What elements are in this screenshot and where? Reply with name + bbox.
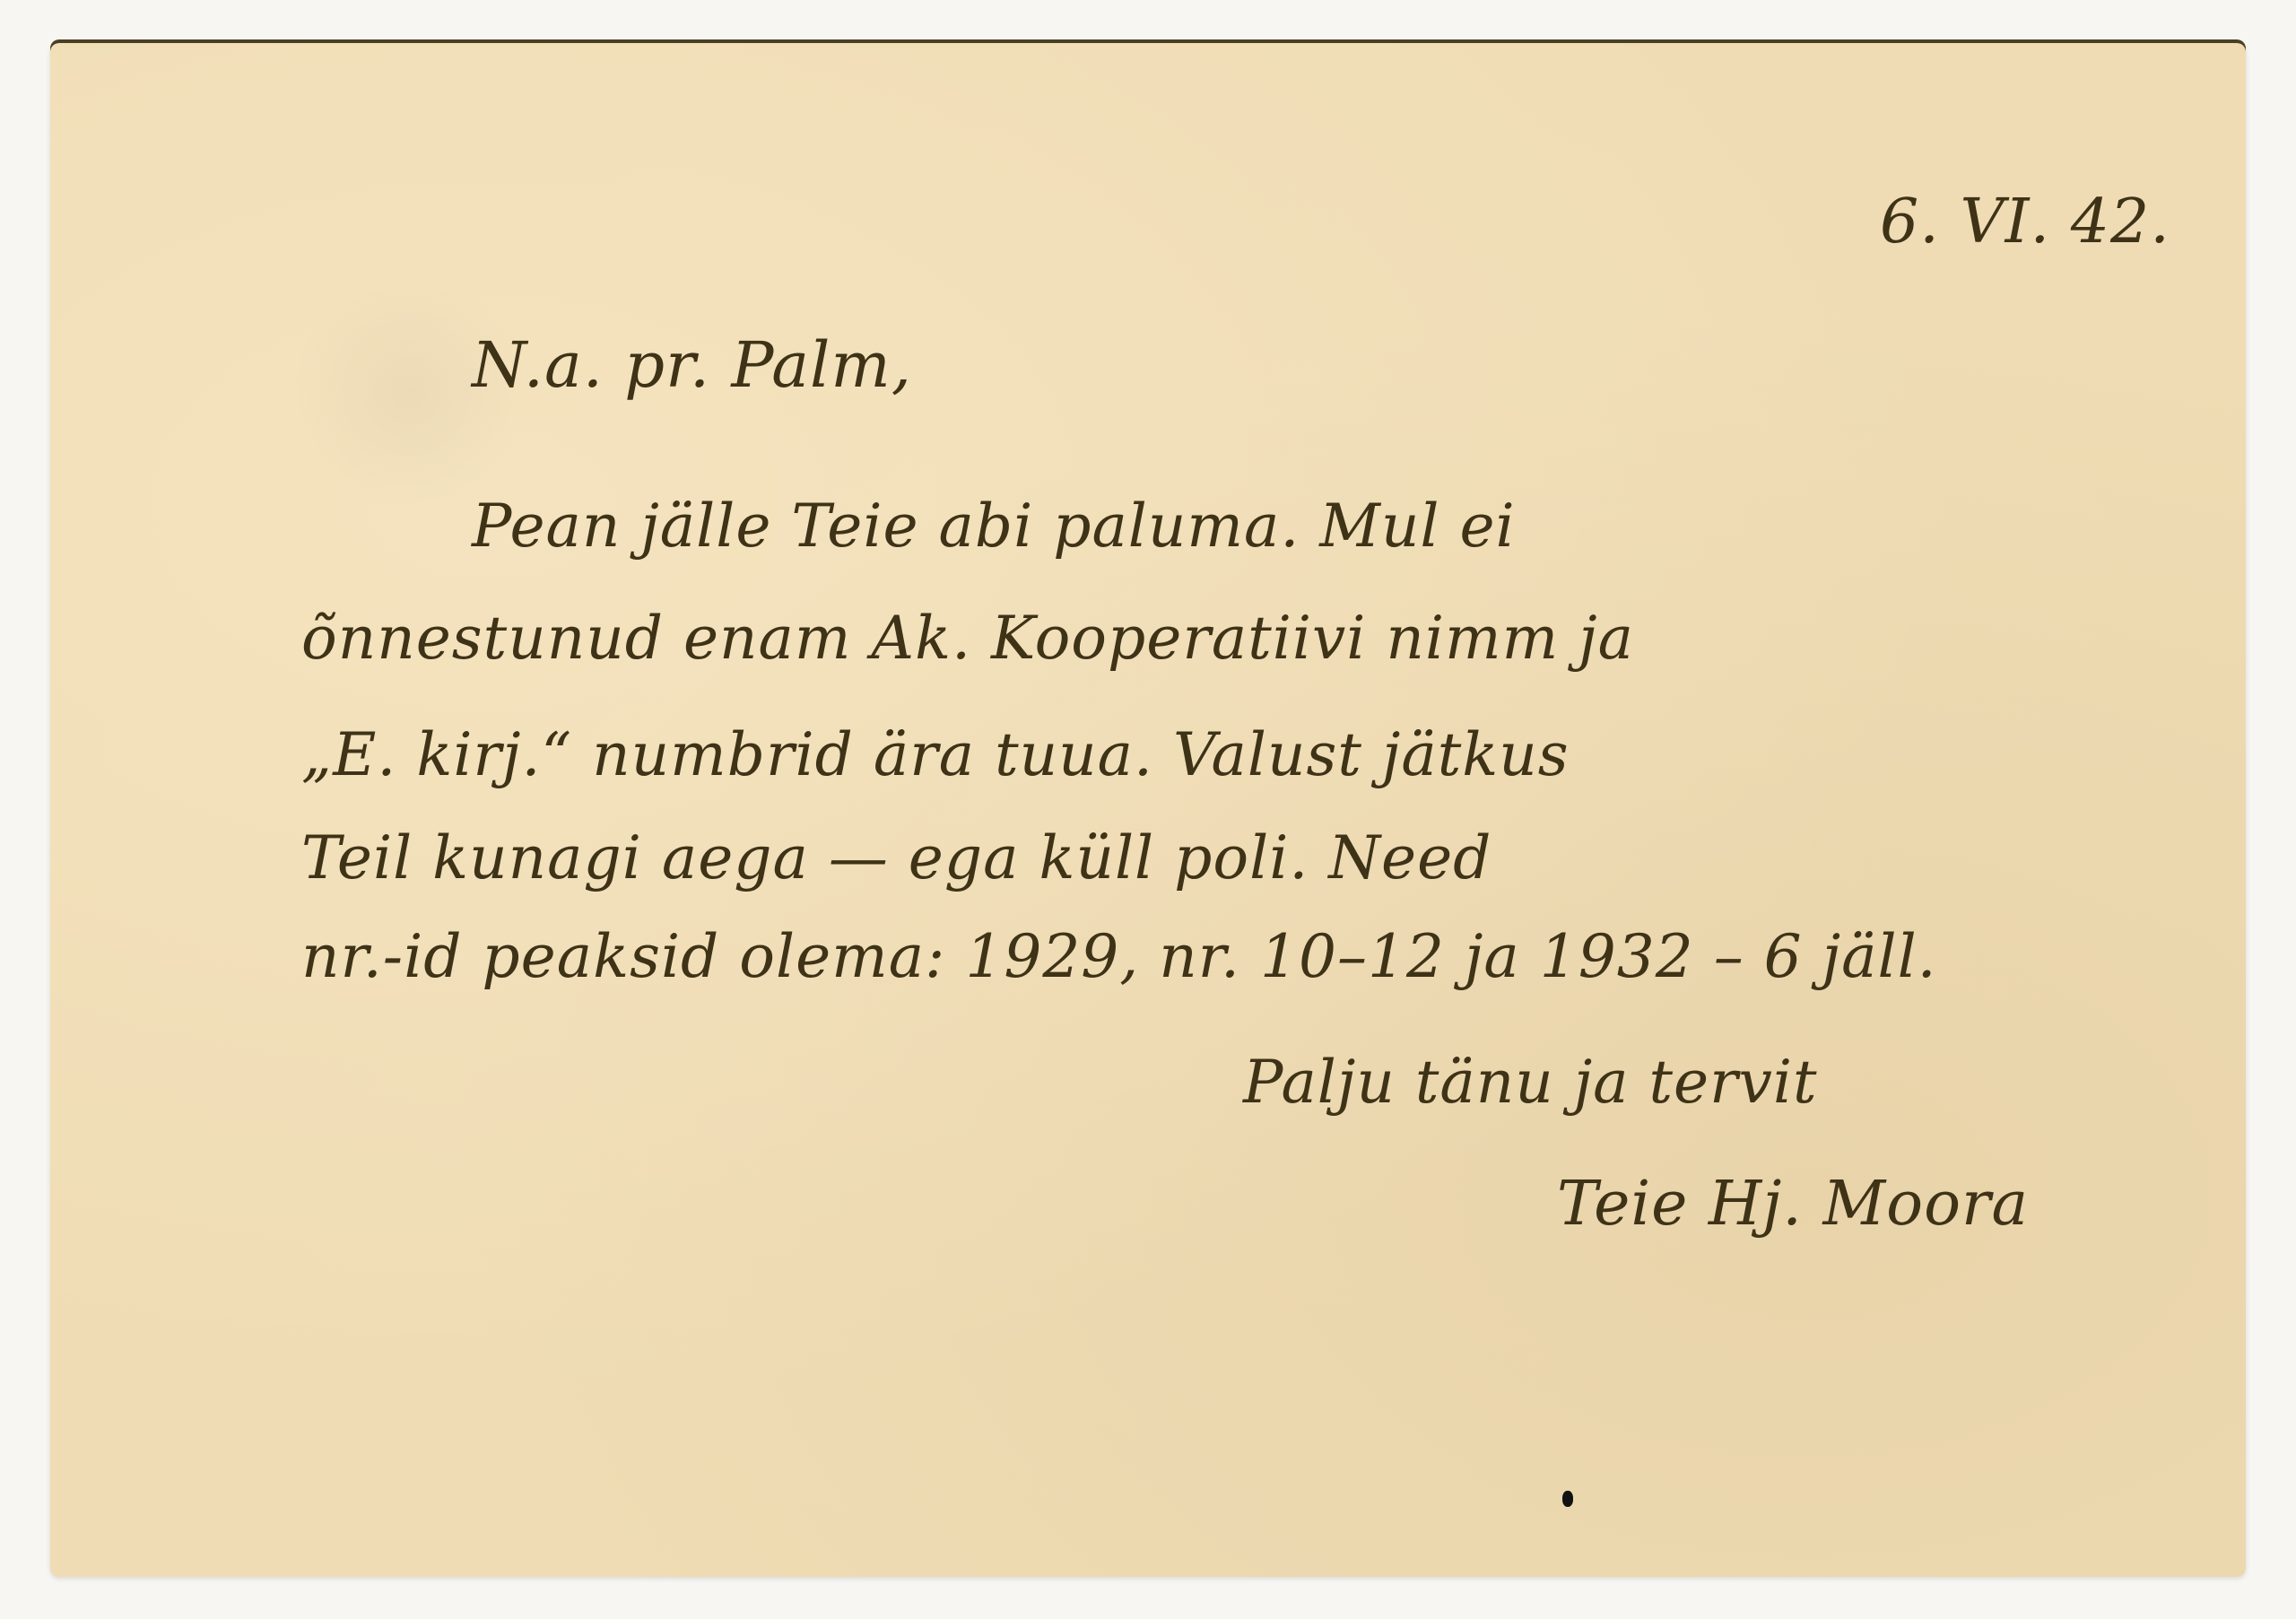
letter-closing: Palju tänu ja tervit (1243, 1048, 1818, 1117)
body-line: õnnestunud enam Ak. Kooperatiivi nimm ja (301, 604, 1634, 673)
ink-spot (1562, 1491, 1573, 1507)
letter-date: 6. VI. 42. (1880, 187, 2170, 257)
body-line: Pean jälle Teie abi paluma. Mul ei (472, 492, 1516, 561)
signature: Teie Hj. Moora (1557, 1169, 2029, 1240)
letter-greeting: N.a. pr. Palm, (472, 328, 912, 402)
body-line: Teil kunagi aega — ega küll poli. Need (301, 823, 1492, 892)
postcard: 6. VI. 42. N.a. pr. Palm, Pean jälle Tei… (50, 43, 2246, 1577)
body-line: „E. kirj.“ numbrid ära tuua. Valust jätk… (301, 720, 1570, 789)
body-line: nr.-id peaksid olema: 1929, nr. 10–12 ja… (301, 922, 1937, 991)
